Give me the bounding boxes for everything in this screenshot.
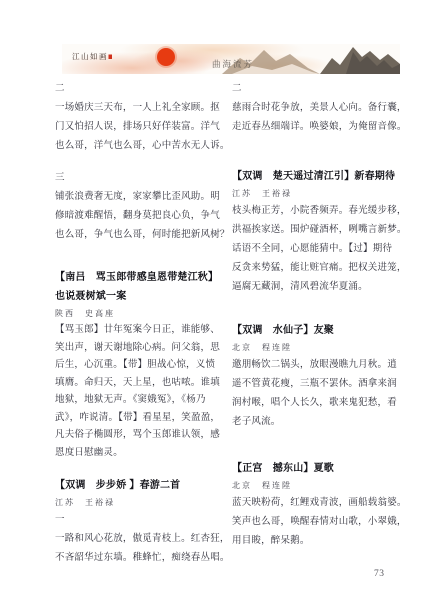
author-byline: 江苏 王裕禄 [55, 495, 225, 511]
verse-line: 走近春丛细端详。唤婆娘，为俺留音像。 [232, 118, 404, 137]
verse-line: 洪福挨家送。围炉碰酒杯，咧嘴言新梦。 [232, 221, 404, 240]
verse-line: 一路和风心花放，傲觅青枝上。红杏狂， [55, 530, 225, 549]
verse-line: 地狱，地狱无声。《窦娥冤》，《杨乃 [55, 392, 225, 410]
section-title: 【双调 水仙子】友聚 [232, 321, 404, 340]
verse-line: 修暗渡难醒悟，翻身莫把良心负，争气 [55, 207, 225, 226]
verse-line: 遥不管黄花瘦，三瓶不罢休。酒拿来润 [232, 375, 404, 394]
verse-line: 枝头梅正芳，小院香频弄。春光缓步移， [232, 202, 404, 221]
page-number: 73 [374, 569, 385, 579]
section-title: 【正宫 撼东山】夏歌 [232, 459, 404, 478]
author-byline: 北京 程连陞 [232, 478, 404, 494]
verse-line: 逼腐无藏洞，清风碧流华夏涌。 [232, 278, 404, 297]
sun-icon [157, 48, 175, 66]
verse-line: 门又怕招人误，排场只好佯装富。洋气 [55, 118, 225, 137]
verse-line: 反贪来势猛，能让赃官痛。把权关进笼， [232, 259, 404, 278]
verse-line: 笑出声，谢天谢地除心病。问父翁，思 [55, 340, 225, 358]
verse-line: 润村喉，唱个人长久，歌来鬼犯愁，看 [232, 394, 404, 413]
verse-body: 【骂玉郎】廿年冤案今日正，谁能够、 笑出声，谢天谢地除心病。问父翁，思 后生，心… [55, 322, 225, 462]
verse-line: 老子风流。 [232, 413, 404, 432]
verse-line: 也么哥，争气也么哥，何时能把新风树？ [55, 226, 225, 245]
header-banner: 江山如画 曲海流芳 [62, 44, 400, 74]
banner-center-calligraphy: 曲海流芳 [212, 59, 254, 70]
section-title: 【双调 楚天遥过清江引】新春期待 [232, 167, 404, 186]
verse-line: 一场婚庆三天布，一人上礼全家顾。抠 [55, 99, 225, 118]
verse-line: 用目睃，醉呆鹅。 [232, 532, 404, 551]
verse-line: 蓝天映粉荷，红鲤戏青波，画船载翁婆。 [232, 494, 404, 513]
verse-line: 邀朋畅饮二锅头，放眼漫瞧九月秋。逍 [232, 356, 404, 375]
seal-stamp-icon [109, 55, 113, 60]
section-title: 【双调 步步娇 】春游二首 [55, 476, 225, 495]
verse-line: 填膺。命归天，天上星，也咕哝。谁填 [55, 375, 225, 393]
verse-line: 后生，心沉重。【带】胆战心惊，义愤 [55, 357, 225, 375]
verse-line: 恩度日慰幽灵。 [55, 445, 225, 463]
banner-left-calligraphy: 江山如画 [72, 51, 108, 61]
banner-art: 江山如画 曲海流芳 [62, 44, 400, 74]
verse-line: 不吝韶华过东墙。稚蜂忙，痴绕春丛唱。 [55, 549, 225, 568]
magazine-page: 江山如画 曲海流芳 二 一场婚庆三天布，一人上礼全家顾。抠 门又怕招人误，排场只… [0, 0, 428, 600]
verse-line: 【骂玉郎】廿年冤案今日正，谁能够、 [55, 322, 225, 340]
stanza-number: 一 [55, 511, 225, 530]
verse-line: 话语不全同，心愿能猜中。【过】期待 [232, 240, 404, 259]
section-title: 【南吕 骂玉郎带感皇恩带楚江秋】 [55, 268, 225, 287]
stanza-number: 二 [232, 80, 404, 99]
verse-line: 笑声也么哥，唤醒春情对山歌，小翠娥， [232, 513, 404, 532]
right-column: 二 慈雨合时花争放，美景人心向。备行囊， 走近春丛细端详。唤婆娘，为俺留音像。 … [232, 80, 404, 551]
author-byline: 北京 程连陞 [232, 340, 404, 356]
author-byline: 江苏 王裕禄 [232, 186, 404, 202]
verse-line: 凡夫俗子椭圆形，骂个玉郎谁认领，感 [55, 427, 225, 445]
verse-line: 铺张浪费奢无度，家家攀比歪风助。明 [55, 188, 225, 207]
stanza-number: 三 [55, 169, 225, 188]
verse-line: 武》，咋说清。【带】看星星，笑盈盈， [55, 410, 225, 428]
author-byline: 陕西 史高座 [55, 306, 225, 322]
section-subtitle: 也说聂树斌一案 [55, 287, 225, 306]
verse-line: 慈雨合时花争放，美景人心向。备行囊， [232, 99, 404, 118]
stanza-number: 二 [55, 80, 225, 99]
verse-line: 也么哥，洋气也么哥，心中苦水无人诉。 [55, 137, 225, 156]
left-column: 二 一场婚庆三天布，一人上礼全家顾。抠 门又怕招人误，排场只好佯装富。洋气 也么… [55, 80, 225, 568]
